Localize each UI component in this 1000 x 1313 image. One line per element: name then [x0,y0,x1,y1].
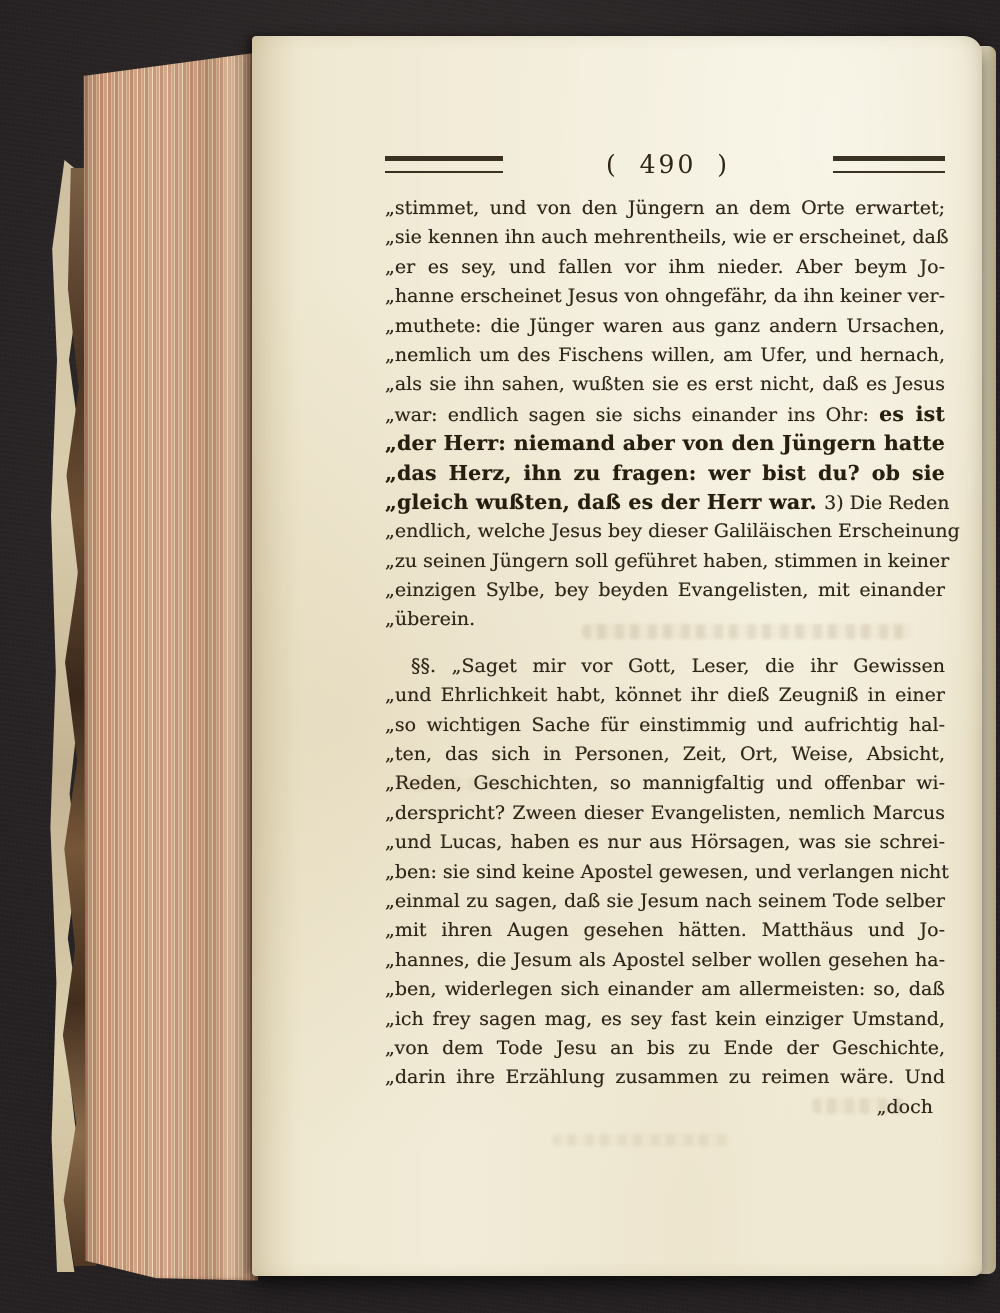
text-line: „so wichtigen Sache für einstimmig und a… [385,711,945,740]
emphasized-text: „das Herz, ihn zu fragen: wer bist du? o… [385,461,945,485]
text-line: „ich frey sagen mag, es sey fast kein ei… [385,1005,945,1034]
text-line: „zu seinen Jüngern soll geführet haben, … [385,547,945,576]
body-text: „er es sey, und fallen vor ihm nieder. A… [385,256,945,278]
text-line: „stimmet, und von den Jüngern an dem Ort… [385,194,945,223]
text-line: „gleich wußten, daß es der Herr war. 3) … [385,488,945,517]
text-line: „muthete: die Jünger waren aus ganz ande… [385,312,945,341]
book-scan: ( 490 ) „stimmet, und von den Jüngern an… [0,0,1000,1313]
body-text: §§. „Saget mir vor Gott, Leser, die ihr … [411,655,945,677]
body-text: 3) Die Reden [824,492,949,514]
text-line: „ben, widerlegen sich einander am allerm… [385,975,945,1004]
body-text: „und Lucas, haben es nur aus Hörsagen, w… [385,831,945,853]
text-line: „war: endlich sagen sie sichs einander i… [385,400,945,429]
running-header: ( 490 ) [385,150,945,179]
text-line: „endlich, welche Jesus bey dieser Galilä… [385,517,945,546]
body-text: „endlich, welche Jesus bey dieser Galilä… [385,520,960,542]
body-text: „nemlich um des Fischens willen, am Ufer… [385,344,945,366]
paragraph-1: „stimmet, und von den Jüngern an dem Ort… [385,194,945,635]
body-text: „hannes, die Jesum als Apostel selber wo… [385,949,945,971]
text-block: „stimmet, und von den Jüngern an dem Ort… [385,194,945,1122]
body-text: „war: endlich sagen sie sichs einander i… [385,404,879,426]
text-line: „einzigen Sylbe, bey beyden Evangelisten… [385,576,945,605]
text-line: „als sie ihn sahen, wußten sie es erst n… [385,370,945,399]
book-fore-edge [82,50,258,1283]
body-text: „hanne erscheinet Jesus von ohngefähr, d… [385,285,945,307]
text-line: „nemlich um des Fischens willen, am Ufer… [385,341,945,370]
body-text: „so wichtigen Sache für einstimmig und a… [385,714,945,736]
body-text: „ben: sie sind keine Apostel gewesen, un… [385,861,949,883]
text-line: „von dem Tode Jesu an bis zu Ende der Ge… [385,1034,945,1063]
body-text: „zu seinen Jüngern soll geführet haben, … [385,550,949,572]
body-text: „einmal zu sagen, daß sie Jesum nach sei… [385,890,945,912]
text-line: „einmal zu sagen, daß sie Jesum nach sei… [385,887,945,916]
text-line: „darin ihre Erzählung zusammen zu reimen… [385,1063,945,1092]
paragraph-gap [385,635,945,652]
showthrough-smudge [552,1134,732,1146]
text-line: „ben: sie sind keine Apostel gewesen, un… [385,858,945,887]
body-text: „ich frey sagen mag, es sey fast kein ei… [385,1008,945,1030]
body-text: „mit ihren Augen gesehen hätten. Matthäu… [385,919,945,941]
body-text: „und Ehrlichkeit habt, könnet ihr dieß Z… [385,684,945,706]
emphasized-text: „gleich wußten, daß es der Herr war. [385,490,824,514]
book-page: ( 490 ) „stimmet, und von den Jüngern an… [252,36,982,1276]
text-line: „mit ihren Augen gesehen hätten. Matthäu… [385,916,945,945]
text-line: „sie kennen ihn auch mehrentheils, wie e… [385,223,945,252]
body-text: „ben, widerlegen sich einander am allerm… [385,978,945,1000]
text-line: „überein. [385,605,945,634]
text-line: „derspricht? Zween dieser Evangelisten, … [385,799,945,828]
text-line: „der Herr: niemand aber von den Jüngern … [385,429,945,458]
text-line: „und Lucas, haben es nur aus Hörsagen, w… [385,828,945,857]
text-line: „hanne erscheinet Jesus von ohngefähr, d… [385,282,945,311]
body-text: „von dem Tode Jesu an bis zu Ende der Ge… [385,1037,945,1059]
paragraph-2: §§. „Saget mir vor Gott, Leser, die ihr … [385,652,945,1093]
body-text: „sie kennen ihn auch mehrentheils, wie e… [385,226,949,248]
text-line: „er es sey, und fallen vor ihm nieder. A… [385,253,945,282]
body-text: „stimmet, und von den Jüngern an dem Ort… [385,197,945,219]
text-line: „das Herz, ihn zu fragen: wer bist du? o… [385,459,945,488]
text-line: §§. „Saget mir vor Gott, Leser, die ihr … [385,652,945,681]
body-text: „darin ihre Erzählung zusammen zu reimen… [385,1066,945,1088]
catchword: „doch [385,1093,945,1122]
emphasized-text: „der Herr: niemand aber von den Jüngern … [385,431,945,455]
text-line: „hannes, die Jesum als Apostel selber wo… [385,946,945,975]
text-line: „Reden, Geschichten, so mannigfaltig und… [385,769,945,798]
header-rule-left [385,156,503,173]
page-number: ( 490 ) [606,150,730,179]
body-text: „ten, das sich in Personen, Zeit, Ort, W… [385,743,945,765]
emphasized-text: es ist [879,402,945,426]
body-text: „muthete: die Jünger waren aus ganz ande… [385,315,945,337]
body-text: „überein. [385,608,475,630]
body-text: „einzigen Sylbe, bey beyden Evangelisten… [385,579,945,601]
body-text: „Reden, Geschichten, so mannigfaltig und… [385,772,945,794]
body-text: „derspricht? Zween dieser Evangelisten, … [385,802,945,824]
text-line: „ten, das sich in Personen, Zeit, Ort, W… [385,740,945,769]
text-line: „und Ehrlichkeit habt, könnet ihr dieß Z… [385,681,945,710]
header-rule-right [833,156,945,173]
body-text: „als sie ihn sahen, wußten sie es erst n… [385,373,945,395]
